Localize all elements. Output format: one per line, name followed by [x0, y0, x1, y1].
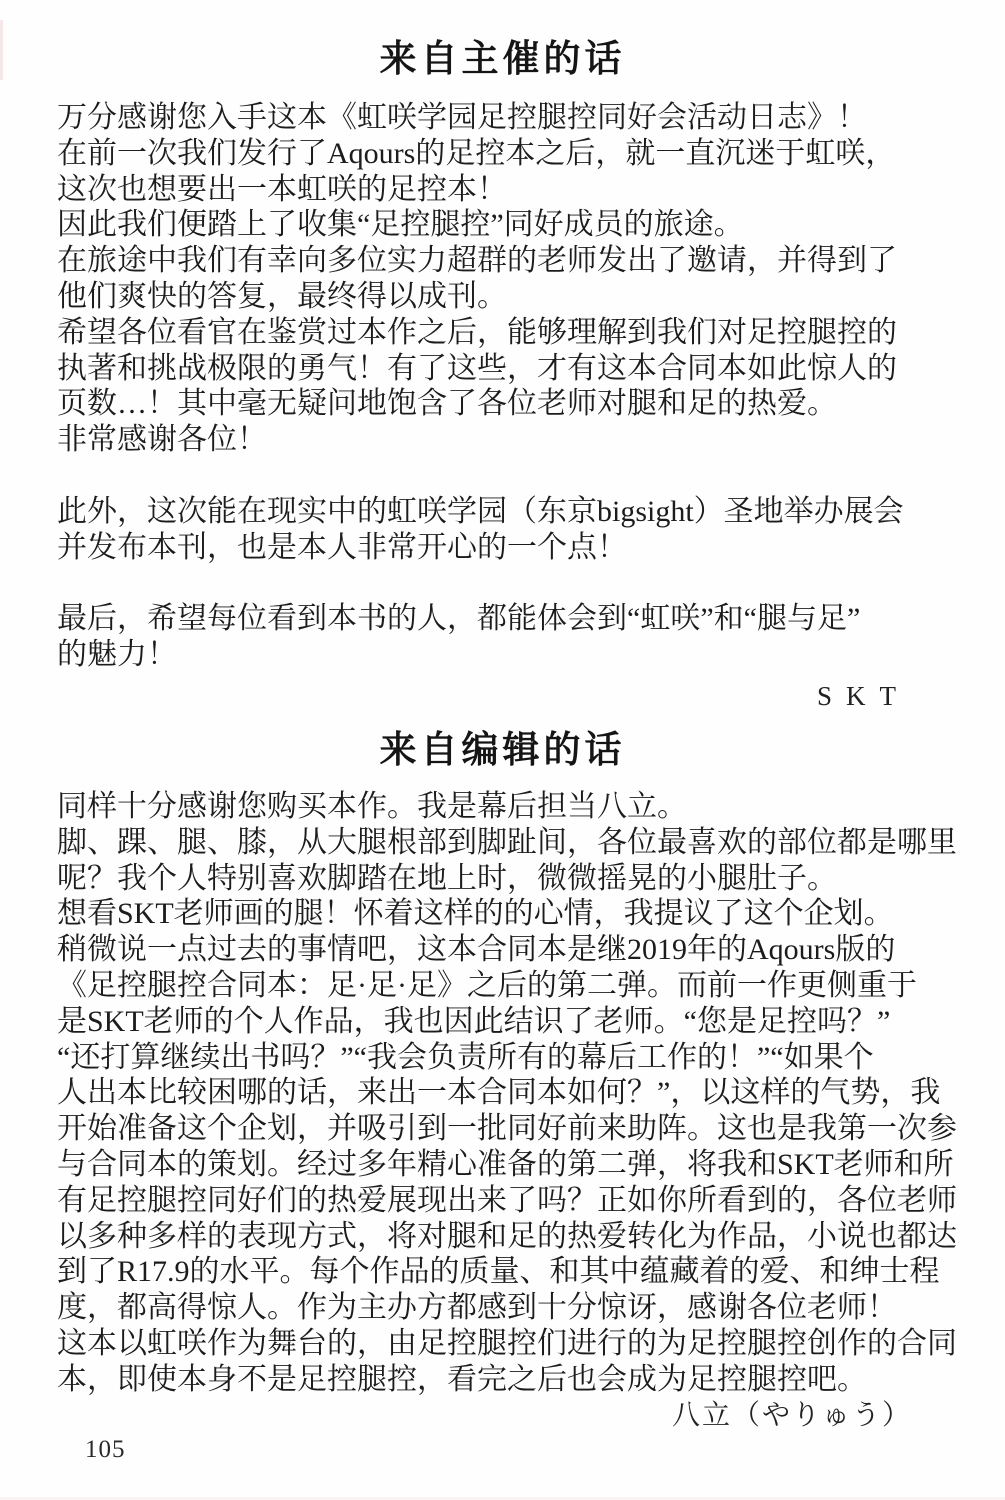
- text-line: 希望各位看官在鉴赏过本作之后，能够理解到我们对足控腿控的: [57, 315, 969, 351]
- text-line: 开始准备这个企划，并吸引到一批同好前来助阵。这也是我第一次参: [57, 1111, 969, 1147]
- text-line: 以多种多样的表现方式，将对腿和足的热爱转化为作品，小说也都达: [57, 1219, 969, 1255]
- text-line: 与合同本的策划。经过多年精心准备的第二弹，将我和SKT老师和所: [57, 1147, 969, 1183]
- editor-section-body: 同样十分感谢您购买本作。我是幕后担当八立。 脚、踝、腿、膝，从大腿根部到脚趾间，…: [57, 789, 969, 1398]
- paragraph: 最后，希望每位看到本书的人，都能体会到“虹咲”和“腿与足” 的魅力！: [57, 601, 969, 673]
- text-line: 在前一次我们发行了Aqours的足控本之后，就一直沉迷于虹咲，: [57, 136, 969, 172]
- page-number: 105: [85, 1436, 126, 1464]
- paragraph: 此外，这次能在现实中的虹咲学园（东京bigsight）圣地举办展会 并发布本刊，…: [57, 494, 969, 566]
- text-line: 脚、踝、腿、膝，从大腿根部到脚趾间，各位最喜欢的部位都是哪里: [57, 825, 969, 861]
- text-line: 是SKT老师的个人作品，我也因此结识了老师。“您是足控吗？”: [57, 1004, 969, 1040]
- text-line: 这次也想要出一本虹咲的足控本！: [57, 172, 969, 208]
- organizer-section-title: 来自主催的话: [0, 28, 1005, 82]
- scanned-page: 来自主催的话 万分感谢您入手这本《虹咲学园足控腿控同好会活动日志》！ 在前一次我…: [0, 0, 1005, 1500]
- text-line: 人出本比较困哪的话，来出一本合同本如何？”，以这样的气势，我: [57, 1075, 969, 1111]
- text-line: 并发布本刊，也是本人非常开心的一个点！: [57, 530, 969, 566]
- text-line: 页数…！其中毫无疑问地饱含了各位老师对腿和足的热爱。: [57, 386, 969, 422]
- text-line: 有足控腿控同好们的热爱展现出来了吗？正如你所看到的，各位老师: [57, 1183, 969, 1219]
- text-line: 在旅途中我们有幸向多位实力超群的老师发出了邀请，并得到了: [57, 243, 969, 279]
- editor-section-title: 来自编辑的话: [0, 719, 1005, 773]
- text-line: “还打算继续出书吗？”“我会负责所有的幕后工作的！”“如果个: [57, 1040, 969, 1076]
- text-line: 非常感谢各位！: [57, 422, 969, 458]
- text-line: 因此我们便踏上了收集“足控腿控”同好成员的旅途。: [57, 207, 969, 243]
- text-line: 执著和挑战极限的勇气！有了这些，才有这本合同本如此惊人的: [57, 351, 969, 387]
- text-line: 稍微说一点过去的事情吧，这本合同本是继2019年的Aqours版的: [57, 932, 969, 968]
- text-line: 《足控腿控合同本：足·足·足》之后的第二弹。而前一作更侧重于: [57, 968, 969, 1004]
- text-line: 想看SKT老师画的腿！怀着这样的的心情，我提议了这个企划。: [57, 896, 969, 932]
- organizer-signature: SKT: [817, 681, 910, 712]
- editor-signature: 八立（やりゅう）: [672, 1393, 912, 1433]
- text-line: 度，都高得惊人。作为主办方都感到十分惊讶，感谢各位老师！: [57, 1290, 969, 1326]
- text-line: 此外，这次能在现实中的虹咲学园（东京bigsight）圣地举办展会: [57, 494, 969, 530]
- text-line: 到了R17.9的水平。每个作品的质量、和其中蕴藏着的爱、和绅士程: [57, 1254, 969, 1290]
- text-line: 的魅力！: [57, 637, 969, 673]
- text-line: 同样十分感谢您购买本作。我是幕后担当八立。: [57, 789, 969, 825]
- paragraph: 同样十分感谢您购买本作。我是幕后担当八立。 脚、踝、腿、膝，从大腿根部到脚趾间，…: [57, 789, 969, 1398]
- text-line: 呢？我个人特别喜欢脚踏在地上时，微微摇晃的小腿肚子。: [57, 861, 969, 897]
- text-line: 万分感谢您入手这本《虹咲学园足控腿控同好会活动日志》！: [57, 100, 969, 136]
- organizer-section-body: 万分感谢您入手这本《虹咲学园足控腿控同好会活动日志》！ 在前一次我们发行了Aqo…: [57, 100, 969, 673]
- text-line: 这本以虹咲作为舞台的，由足控腿控们进行的为足控腿控创作的合同: [57, 1326, 969, 1362]
- text-line: 他们爽快的答复，最终得以成刊。: [57, 279, 969, 315]
- paragraph: 万分感谢您入手这本《虹咲学园足控腿控同好会活动日志》！ 在前一次我们发行了Aqo…: [57, 100, 969, 458]
- text-line: 最后，希望每位看到本书的人，都能体会到“虹咲”和“腿与足”: [57, 601, 969, 637]
